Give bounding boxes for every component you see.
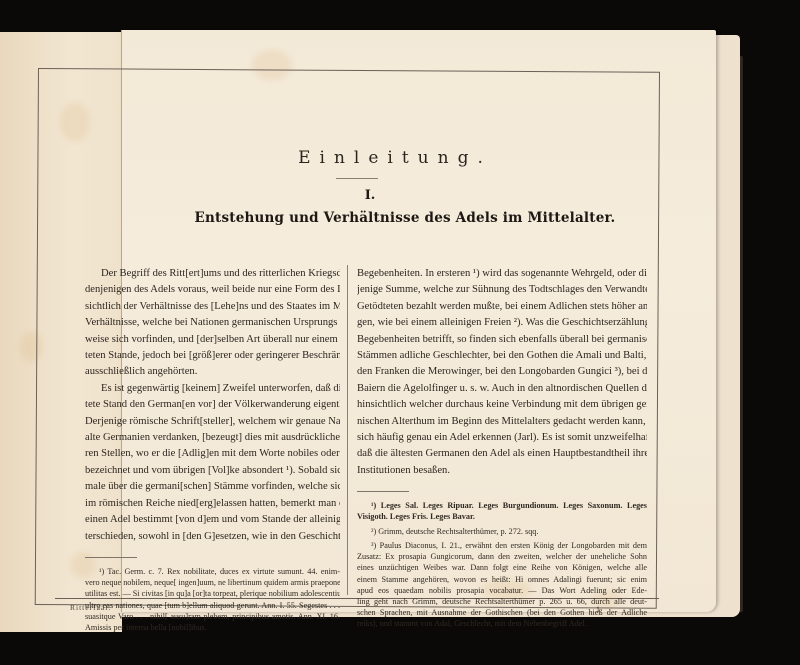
body-line: Begebenheiten betrifft, so finden sich e… <box>357 332 647 348</box>
body-line: Baiern die Agelolfinger u. s. w. Auch in… <box>357 381 647 397</box>
footnote-line: reiks), und stammt von Adal, Geschlecht,… <box>357 618 647 629</box>
body-line: Derjenige römische Schrift[steller], wel… <box>85 414 340 430</box>
body-line: Verhältnisse, welche bei Nationen german… <box>85 315 340 331</box>
footnote-rule <box>85 557 137 558</box>
footnote-line: ²) Grimm, deutsche Rechtsalterthümer, p.… <box>357 526 647 537</box>
sheet-number: 1 <box>596 605 600 614</box>
footnote-line: Zusatz: Ex prosapia Gungicorum, dann den… <box>357 551 647 562</box>
footnote-line: ¹) Leges Sal. Leges Ripuar. Leges Burgun… <box>357 500 647 511</box>
footnote-line: vero neque nobilem, neque[ ingen]uum, ne… <box>85 577 340 588</box>
body-line: Begebenheiten. In ersteren ¹) wird das s… <box>357 266 647 282</box>
body-line: einen Adel bestimmt [von d]em und vom St… <box>85 512 340 528</box>
body-line: ausschließlich angehörten. <box>85 364 340 380</box>
left-column: Der Begriff des Ritt[ert]ums und des rit… <box>85 266 340 633</box>
body-line: Getödteten bezahlt werden mußte, bei ein… <box>357 299 647 315</box>
body-line: gen, wie bei einem alleinigen Freien ²).… <box>357 315 647 331</box>
body-line: sich häufig genau ein Adel erkennen (Jar… <box>357 430 647 446</box>
footnote-line: schen Sprachen, mit Ausnahme der Gothisc… <box>357 607 647 618</box>
footnote-line: eines unzüchtigen Weibes war. Dann folgt… <box>357 562 647 573</box>
body-line: bezeichnet und vom übrigen [Vol]ke abson… <box>85 463 340 479</box>
footnote-rule <box>357 491 409 492</box>
footnote-line: ultro eas nationes, quae [tum b]ellum al… <box>85 600 340 611</box>
body-line: alte Germanien verdanken, [bezeugt] dies… <box>85 430 340 446</box>
footnote-line: ³) Paulus Diaconus, I. 21., erwähnt den … <box>357 540 647 551</box>
column-divider <box>347 265 348 595</box>
body-line: den Franken die Merowinger, bei den Long… <box>357 364 647 380</box>
body-line: nischen Alterthum im Beginn des Mittelal… <box>357 414 647 430</box>
body-line: Es ist gegenwärtig [keinem] Zweifel unte… <box>85 381 340 397</box>
footnote-line: Amissis per interna bella [nobil]ibus. <box>85 622 340 633</box>
body-line: terschieden, sowohl in [den G]esetzen, w… <box>85 529 340 545</box>
footnote-line: suasitque Varo . . . nihil[ ausu]ram ple… <box>85 611 340 622</box>
body-line: weise sich vorfinden, und [der]selben Ar… <box>85 332 340 348</box>
printer-signature: Ritterfaal. <box>70 603 111 612</box>
title-rule <box>336 178 378 179</box>
body-line: hinsichtlich welcher durchaus keine Verb… <box>357 397 647 413</box>
footnote-line: einem Stamme angehören, wovon es heißt: … <box>357 574 647 585</box>
section-numeral: I. <box>330 188 410 203</box>
body-line: im römischen Reiche nied[erg]elassen hat… <box>85 496 340 512</box>
body-line: jenige Summe, welche zur Sühnung des Tod… <box>357 282 647 298</box>
body-line: Institutionen besaßen. <box>357 463 647 479</box>
body-line: Stämmen adliche Geschlechter, bei den Go… <box>357 348 647 364</box>
right-column: Begebenheiten. In ersteren ¹) wird das s… <box>357 266 647 630</box>
footnote-line: apud eos quaedam nobilis prosapia vocaba… <box>357 585 647 596</box>
footnote-line: ¹) Tac. Germ. c. 7. Rex nobilitate, duce… <box>85 566 340 577</box>
body-line: daß die ältesten Germanen den Adel als e… <box>357 446 647 462</box>
body-line: male über die germani[schen] Stämme vorf… <box>85 479 340 495</box>
body-line: ren Stellen, wo er die [Adlig]en mit dem… <box>85 446 340 462</box>
footnote-line: ling geht nach Grimm, deutsche Rechtsalt… <box>357 596 647 607</box>
footnote-line: Visigoth. Leges Fris. Leges Bavar. <box>357 511 647 522</box>
section-subtitle: Entstehung und Verhältnisse des Adels im… <box>180 210 630 226</box>
chapter-title: Einleitung. <box>240 148 550 168</box>
body-line: denjenigen des Adels voraus, weil beide … <box>85 282 340 298</box>
body-line: Der Begriff des Ritt[ert]ums und des rit… <box>85 266 340 282</box>
body-line: sichtlich der Verhältnisse des [Lehe]ns … <box>85 299 340 315</box>
body-line: tete Stand den German[en vor] der Völker… <box>85 397 340 413</box>
body-line: teten Stande, jedoch bei [größ]erer oder… <box>85 348 340 364</box>
footnote-line: utilitas est. — Si civitas [in qu]a [or]… <box>85 588 340 599</box>
